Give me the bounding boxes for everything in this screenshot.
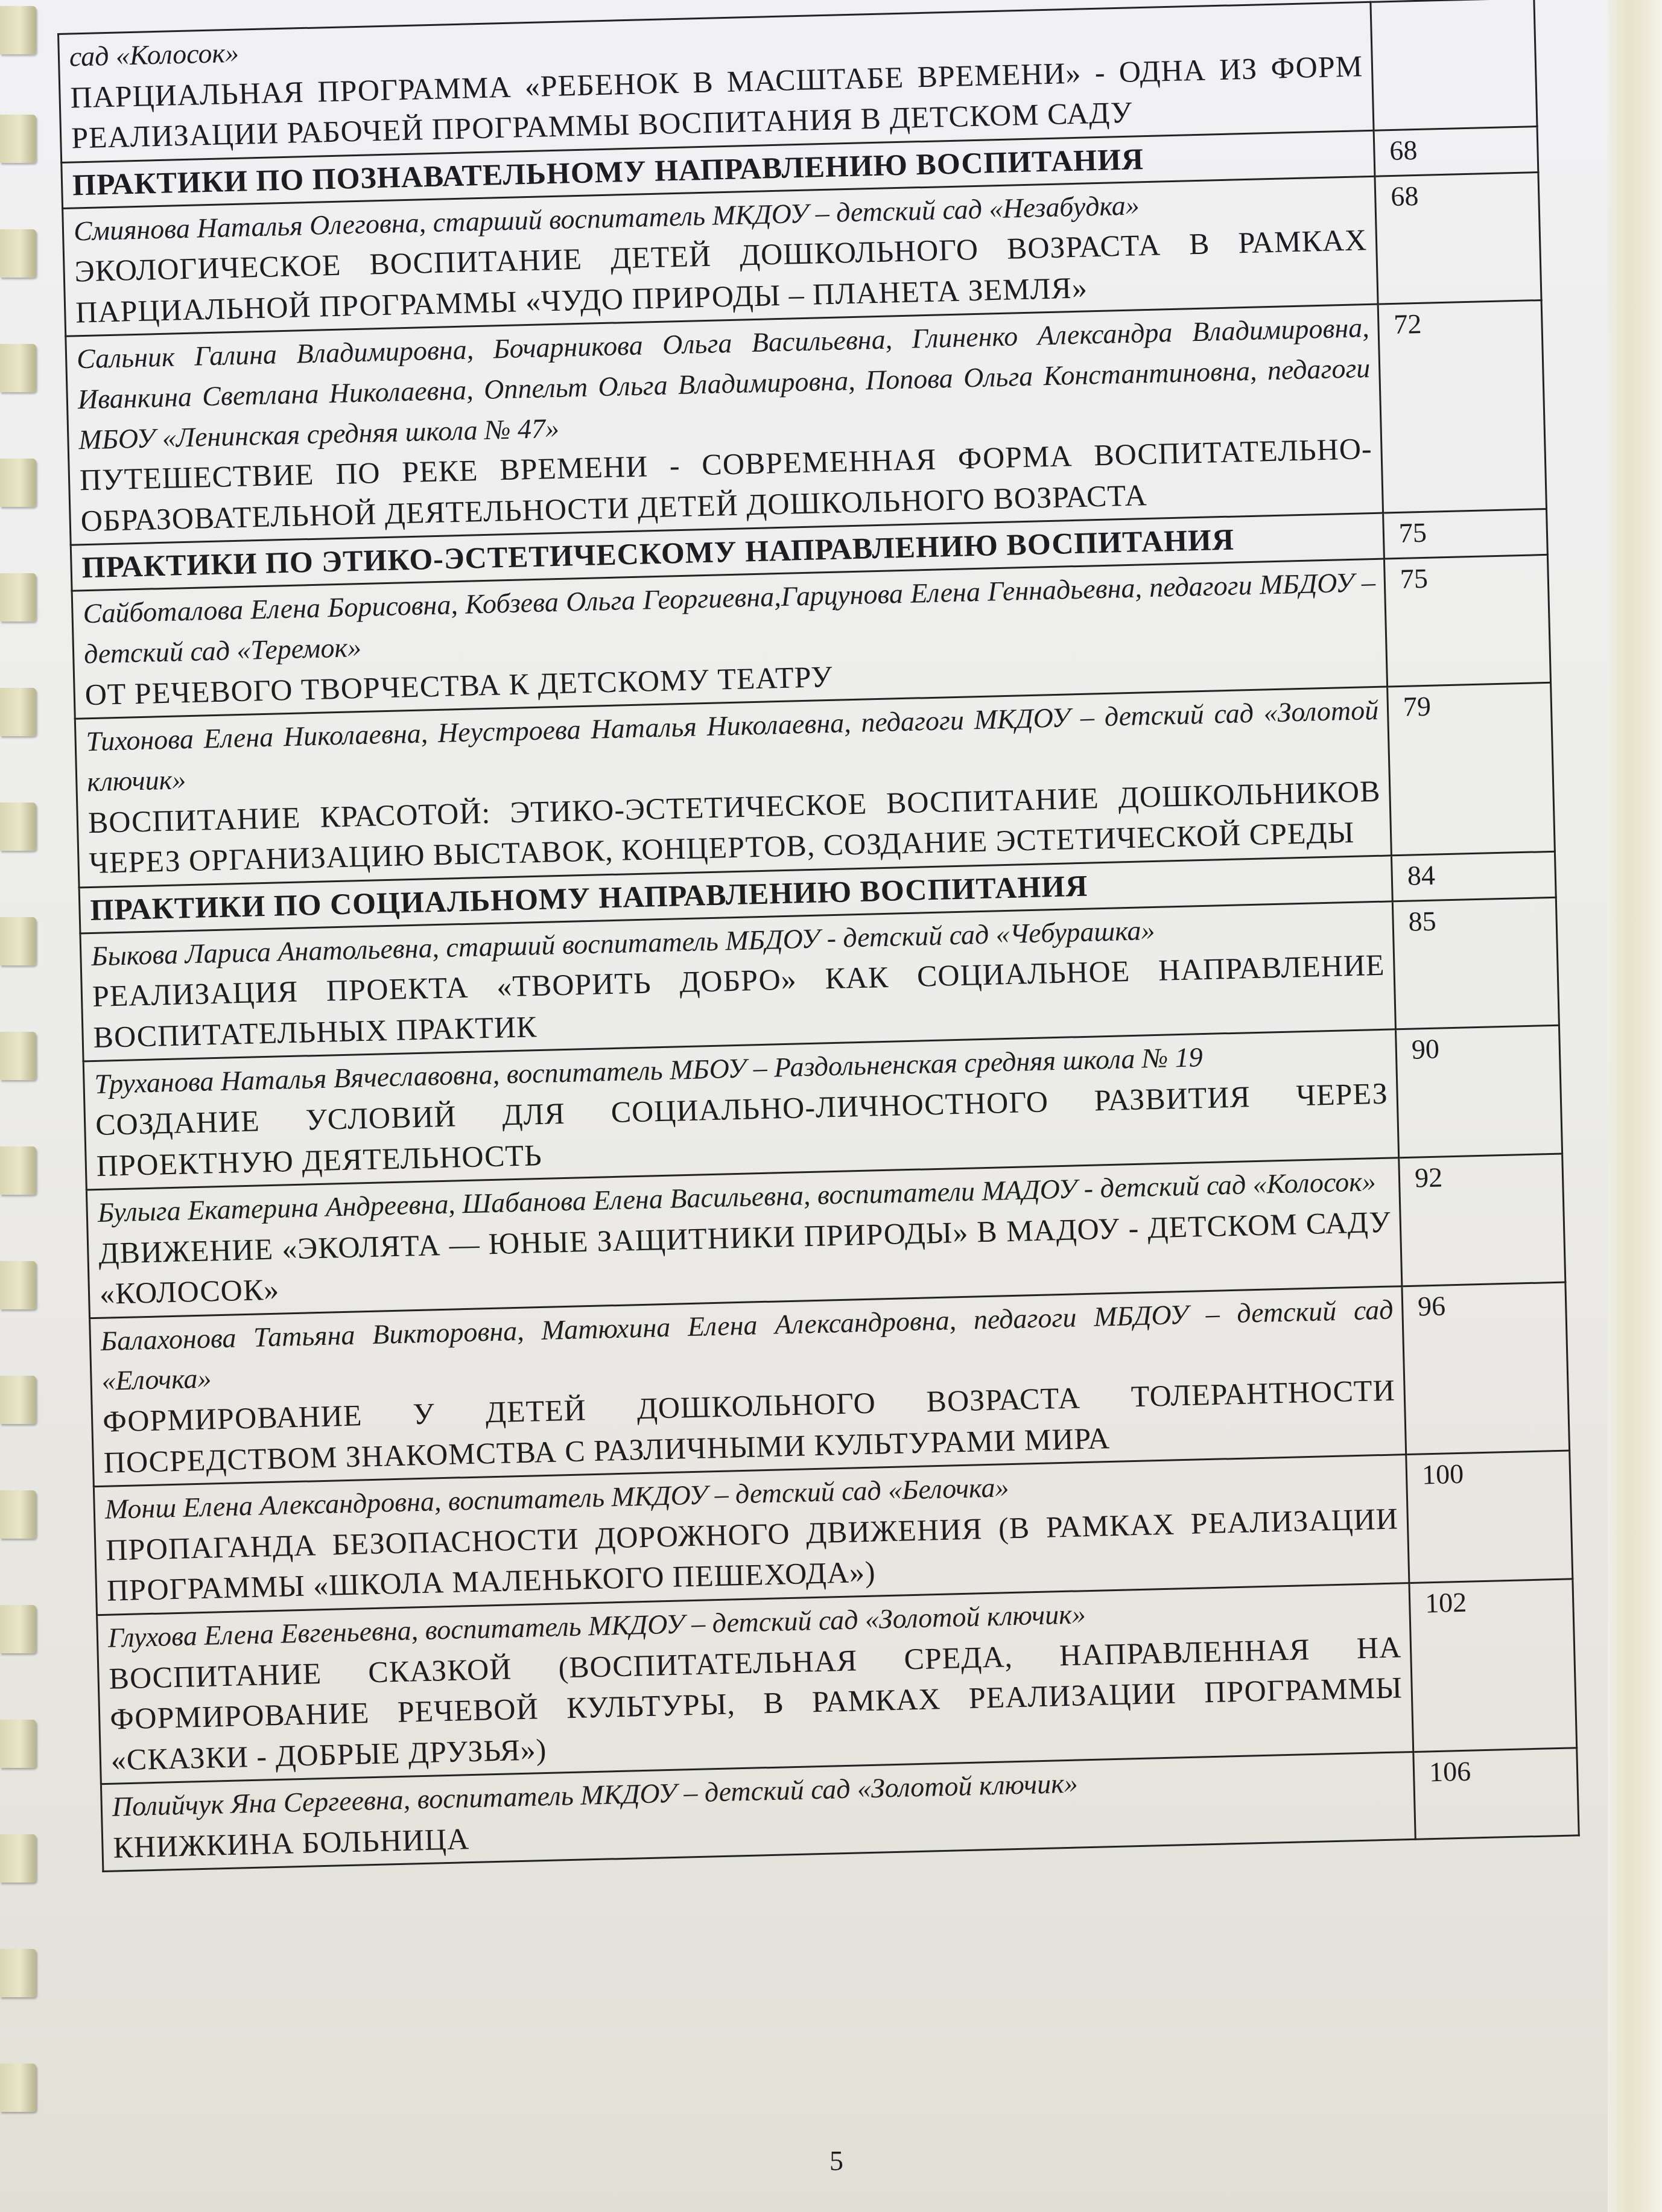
binding-ring-icon <box>0 917 36 965</box>
toc-page-number: 96 <box>1402 1282 1570 1455</box>
binding-ring-icon <box>0 2064 36 2112</box>
toc-entry-cell: Сальник Галина Владимировна, Бочарникова… <box>66 305 1383 545</box>
binding-ring-icon <box>0 1834 36 1883</box>
spiral-binding <box>0 0 48 2212</box>
binding-ring-icon <box>0 1490 36 1539</box>
toc-page-number: 75 <box>1383 509 1548 559</box>
binding-ring-icon <box>0 459 36 507</box>
toc-page-number: 102 <box>1409 1579 1577 1752</box>
toc-page-number: 92 <box>1399 1154 1565 1286</box>
toc-page-number: 68 <box>1375 172 1541 304</box>
toc-page-number: 106 <box>1413 1748 1579 1840</box>
binding-ring-icon <box>0 115 36 163</box>
page-stack-edge <box>1608 0 1662 2212</box>
toc-page-number: 100 <box>1406 1451 1573 1583</box>
document-page: сад «Колосок»ПАРЦИАЛЬНАЯ ПРОГРАММА «РЕБЕ… <box>0 0 1662 2212</box>
table-of-contents: сад «Колосок»ПАРЦИАЛЬНАЯ ПРОГРАММА «РЕБЕ… <box>57 0 1580 1872</box>
toc-page-number <box>1371 0 1537 130</box>
binding-ring-icon <box>0 1261 36 1309</box>
toc-entry-cell: Тихонова Елена Николаевна, Неустроева На… <box>75 687 1391 887</box>
toc-page-number: 68 <box>1374 126 1538 176</box>
toc-entry-cell: Балахонова Татьяна Викторовна, Матюхина … <box>90 1286 1406 1486</box>
page-number: 5 <box>829 2145 843 2177</box>
toc-page-number: 75 <box>1384 555 1550 687</box>
toc-page-number: 72 <box>1378 300 1546 513</box>
binding-ring-icon <box>0 573 36 621</box>
toc-page-number: 79 <box>1388 683 1555 856</box>
binding-ring-icon <box>0 229 36 278</box>
binding-ring-icon <box>0 688 36 736</box>
binding-ring-icon <box>0 1949 36 1997</box>
toc-page-number: 90 <box>1396 1026 1562 1158</box>
toc-page-number: 84 <box>1391 851 1556 901</box>
binding-ring-icon <box>0 1720 36 1768</box>
binding-ring-icon <box>0 1032 36 1080</box>
toc-entry-row: Сальник Галина Владимировна, Бочарникова… <box>66 300 1547 545</box>
toc-page-number: 85 <box>1392 897 1559 1029</box>
binding-ring-icon <box>0 1146 36 1195</box>
binding-ring-icon <box>0 1605 36 1653</box>
binding-ring-icon <box>0 802 36 851</box>
binding-ring-icon <box>0 6 36 54</box>
toc-entry-cell: Глухова Елена Евгеньевна, воспитатель МК… <box>97 1583 1413 1784</box>
binding-ring-icon <box>0 344 36 392</box>
binding-ring-icon <box>0 1376 36 1424</box>
